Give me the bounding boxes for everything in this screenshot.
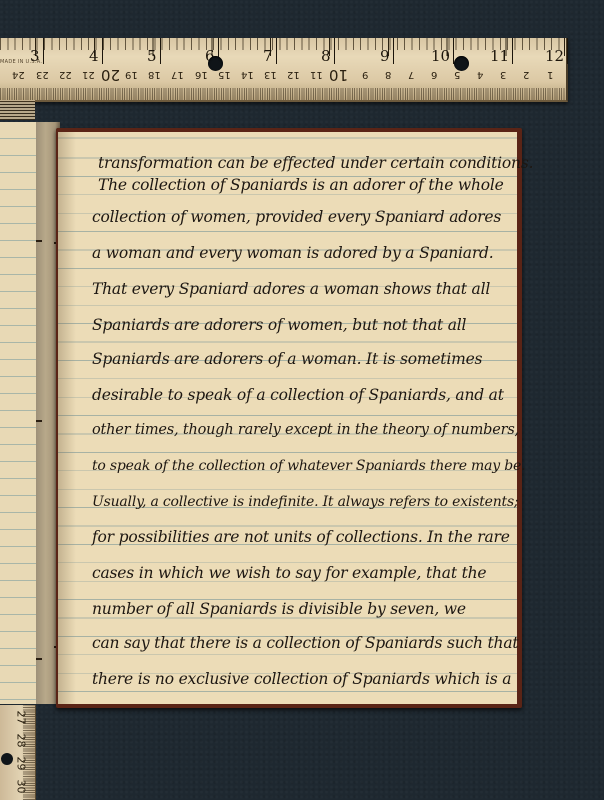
ruler-cm-label: 21 — [82, 69, 95, 80]
ruler-cm-label: 2 — [523, 69, 529, 80]
ruler-inch-label: 5 — [147, 47, 157, 65]
manuscript-line: Spaniards are adorers of women, but not … — [92, 316, 466, 334]
ruler-cm-label: 24 — [12, 69, 25, 80]
manuscript-line: desirable to speak of a collection of Sp… — [92, 386, 504, 404]
ruler-cm-label: 14 — [241, 69, 254, 80]
manuscript-line: cases in which we wish to say for exampl… — [92, 564, 486, 582]
ruler-hole — [208, 56, 223, 71]
ruler-inch-label: 8 — [321, 47, 331, 65]
ruler-cm-label: 22 — [59, 69, 72, 80]
ruler-hole — [454, 56, 469, 71]
ruler-cm-label: 18 — [148, 69, 161, 80]
ruler-inch-label: 9 — [380, 47, 390, 65]
manuscript-line: other times, though rarely except in the… — [92, 422, 519, 438]
ruler-hole — [1, 753, 13, 765]
manuscript-line: Spaniards are adorers of a woman. It is … — [92, 350, 482, 368]
manuscript-line: to speak of the collection of whatever S… — [92, 458, 525, 474]
ruler-cm-label: 11 — [310, 69, 323, 80]
manuscript-line: transformation can be effected under cer… — [98, 154, 533, 172]
ruler-cm-label: 16 — [195, 69, 208, 80]
ruler-cm-label: 1 — [547, 69, 553, 80]
ruler-inch-label: 7 — [263, 47, 273, 65]
ruler-inch-label: 10 — [431, 47, 450, 65]
manuscript-line: collection of women, provided every Span… — [92, 208, 501, 226]
ruler-cm-label: 6 — [431, 69, 437, 80]
ruler-cm-label: 19 — [125, 69, 138, 80]
manuscript-line: The collection of Spaniards is an adorer… — [98, 176, 504, 194]
manuscript-line: number of all Spaniards is divisible by … — [92, 600, 466, 618]
ruler-cm-label: 15 — [218, 69, 231, 80]
manuscript-line: That every Spaniard adores a woman shows… — [92, 280, 490, 298]
ruler-cm-label: 13 — [264, 69, 277, 80]
ruler-cm-label: 8 — [385, 69, 391, 80]
ruler-cm-label: 10 — [329, 66, 348, 84]
binding-stitch — [36, 420, 42, 422]
binding-stitch — [36, 658, 42, 660]
binding-stitch — [36, 240, 42, 242]
ruler-cm-label: 3 — [500, 69, 506, 80]
ruler-inch-label: 11 — [490, 47, 509, 65]
manuscript-line: for possibilities are not units of colle… — [92, 528, 510, 546]
manuscript-line: there is no exclusive collection of Span… — [92, 670, 511, 688]
ruler-cm-label: 17 — [171, 69, 184, 80]
manuscript-line: can say that there is a collection of Sp… — [92, 634, 518, 652]
ruler-inch-major-ticks — [0, 38, 566, 56]
manuscript-line: Usually, a collective is indefinite. It … — [92, 494, 518, 510]
ruler-cm-label: 20 — [101, 66, 120, 84]
vertical-ruler: 27 28 29 30 — [0, 705, 36, 800]
ruler-cm-label: 29 — [15, 757, 28, 771]
ruler-cm-label: 27 — [15, 711, 28, 725]
ruler-mm-ticks — [0, 88, 566, 100]
ruler-cm-label: 7 — [408, 69, 414, 80]
ruler-cm-label: 12 — [287, 69, 300, 80]
manuscript-line: a woman and every woman is adored by a S… — [92, 244, 494, 262]
manuscript-page: transformation can be effected under cer… — [58, 132, 517, 704]
ruler-cm-label: 9 — [362, 69, 368, 80]
ruler-cm-label: 30 — [15, 780, 28, 794]
vertical-ruler-top-stub — [0, 100, 35, 120]
ruler-cm-label: 4 — [477, 69, 483, 80]
ruler-cm-label: 28 — [15, 734, 28, 748]
ruler-cm-label: 23 — [36, 69, 49, 80]
ruler-inch-label: 12 — [545, 47, 564, 65]
horizontal-ruler: MADE IN U.S.A. 3 4 5 6 7 8 9 10 11 12 24… — [0, 38, 568, 102]
ruler-inch-label: 4 — [89, 47, 99, 65]
ruler-inch-label: 3 — [30, 47, 40, 65]
